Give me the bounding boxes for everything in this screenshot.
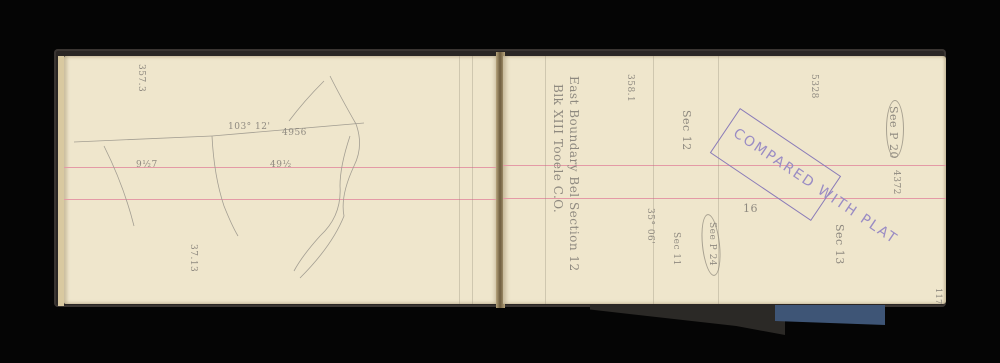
sec11-note: Sec 11 (671, 232, 681, 266)
calc-note: 5328 (809, 74, 819, 99)
distance-note: 4956 (282, 128, 307, 138)
calc-note: 358.1 (625, 74, 635, 102)
sec12-note: Sec 12 (680, 110, 693, 151)
survey-sketch (64, 56, 498, 304)
east-boundary-note: East Boundary Bel Section 12 (567, 76, 581, 272)
left-page: 103° 12' 4956 9½7 49½ 357.3 37.13 (64, 56, 498, 304)
column-line (653, 56, 654, 304)
cover-flap (590, 305, 785, 335)
angle-note: 35° 06' (645, 208, 655, 244)
bearing-note: 103° 12' (228, 122, 270, 132)
number-note: 16 (743, 202, 758, 215)
blue-ribbon-flap (775, 305, 885, 325)
page-number: 117 (934, 288, 943, 304)
see-p20-note: See P 20 (887, 106, 900, 159)
mark-note: 9½7 (136, 160, 158, 170)
chain-note: 37.13 (188, 244, 198, 272)
figures-note: 357.3 (136, 64, 146, 92)
see-p24-note: See P 24 (707, 222, 717, 266)
block-note: Blk XIII Tooele C.O. (551, 84, 565, 213)
margin-line (545, 56, 546, 304)
mark-note: 49½ (270, 160, 292, 170)
number-note: 4372 (891, 170, 901, 195)
right-page: East Boundary Bel Section 12 Blk XIII To… (503, 56, 946, 304)
sec13-note: Sec 13 (833, 224, 846, 265)
